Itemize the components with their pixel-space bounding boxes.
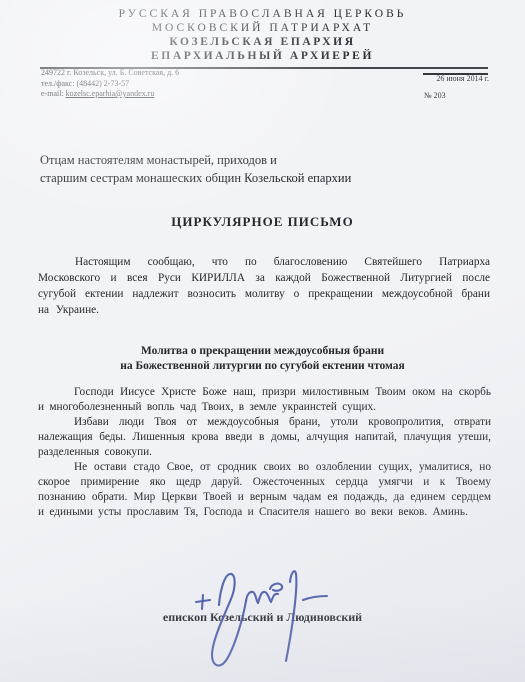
contact-block: 249722 г. Козельск, ул. Б. Советская, д.… xyxy=(41,68,179,100)
bishop-title: епископ Козельский и Людиновский xyxy=(0,610,525,625)
letterhead-header: РУССКАЯ ПРАВОСЛАВНАЯ ЦЕРКОВЬ МОСКОВСКИЙ … xyxy=(0,7,525,63)
prayer-paragraph: Не остави стадо Свое, от сродник своих в… xyxy=(38,460,491,520)
prayer-title: Молитва о прекращении междоусобныя брани… xyxy=(0,344,525,374)
email-label: e-mail: xyxy=(41,89,64,98)
email-address: kozelsc.eparhia@yandex.ru xyxy=(66,89,155,98)
prayer-title-line: Молитва о прекращении междоусобныя брани xyxy=(0,344,525,359)
postal-address: 249722 г. Козельск, ул. Б. Советская, д.… xyxy=(41,68,179,79)
signature-stroke xyxy=(270,584,282,591)
bishop-office-name: ЕПАРХИАЛЬНЫЙ АРХИЕРЕЙ xyxy=(0,49,525,63)
scanned-letter-page: РУССКАЯ ПРАВОСЛАВНАЯ ЦЕРКОВЬ МОСКОВСКИЙ … xyxy=(0,0,525,682)
addressee-line: Отцам настоятелям монастырей, приходов и xyxy=(40,151,351,169)
letter-date: 26 июня 2014 г. xyxy=(436,74,489,83)
eparchy-name: КОЗЕЛЬСКАЯ ЕПАРХИЯ xyxy=(0,35,525,49)
signature-dash xyxy=(303,596,327,600)
patriarchate-name: МОСКОВСКИЙ ПАТРИАРХАТ xyxy=(0,21,525,35)
prayer-paragraph: Избави люди Твоя от междоусобныя брани, … xyxy=(38,415,491,460)
document-number: № 203 xyxy=(424,91,446,100)
intro-paragraph: Настоящим сообщаю, что по благословению … xyxy=(38,254,490,318)
handwritten-signature xyxy=(0,0,525,682)
prayer-text: Господи Иисусе Христе Боже наш, призри м… xyxy=(38,385,491,520)
email-line: e-mail: kozelsc.eparhia@yandex.ru xyxy=(41,89,179,100)
signature-stroke xyxy=(246,592,278,603)
church-name: РУССКАЯ ПРАВОСЛАВНАЯ ЦЕРКОВЬ xyxy=(0,7,525,21)
addressee-block: Отцам настоятелям монастырей, приходов и… xyxy=(40,151,351,187)
addressee-line: старшим сестрам монашеских общин Козельс… xyxy=(40,169,351,187)
signature-cross-icon xyxy=(196,595,210,609)
phone-fax: тел./факс: (48442) 2-73-57 xyxy=(41,79,179,90)
prayer-paragraph: Господи Иисусе Христе Боже наш, призри м… xyxy=(38,385,491,415)
prayer-title-line: на Божественной литургии по сугубой екте… xyxy=(0,359,525,374)
letter-title: ЦИРКУЛЯРНОЕ ПИСЬМО xyxy=(0,214,525,230)
